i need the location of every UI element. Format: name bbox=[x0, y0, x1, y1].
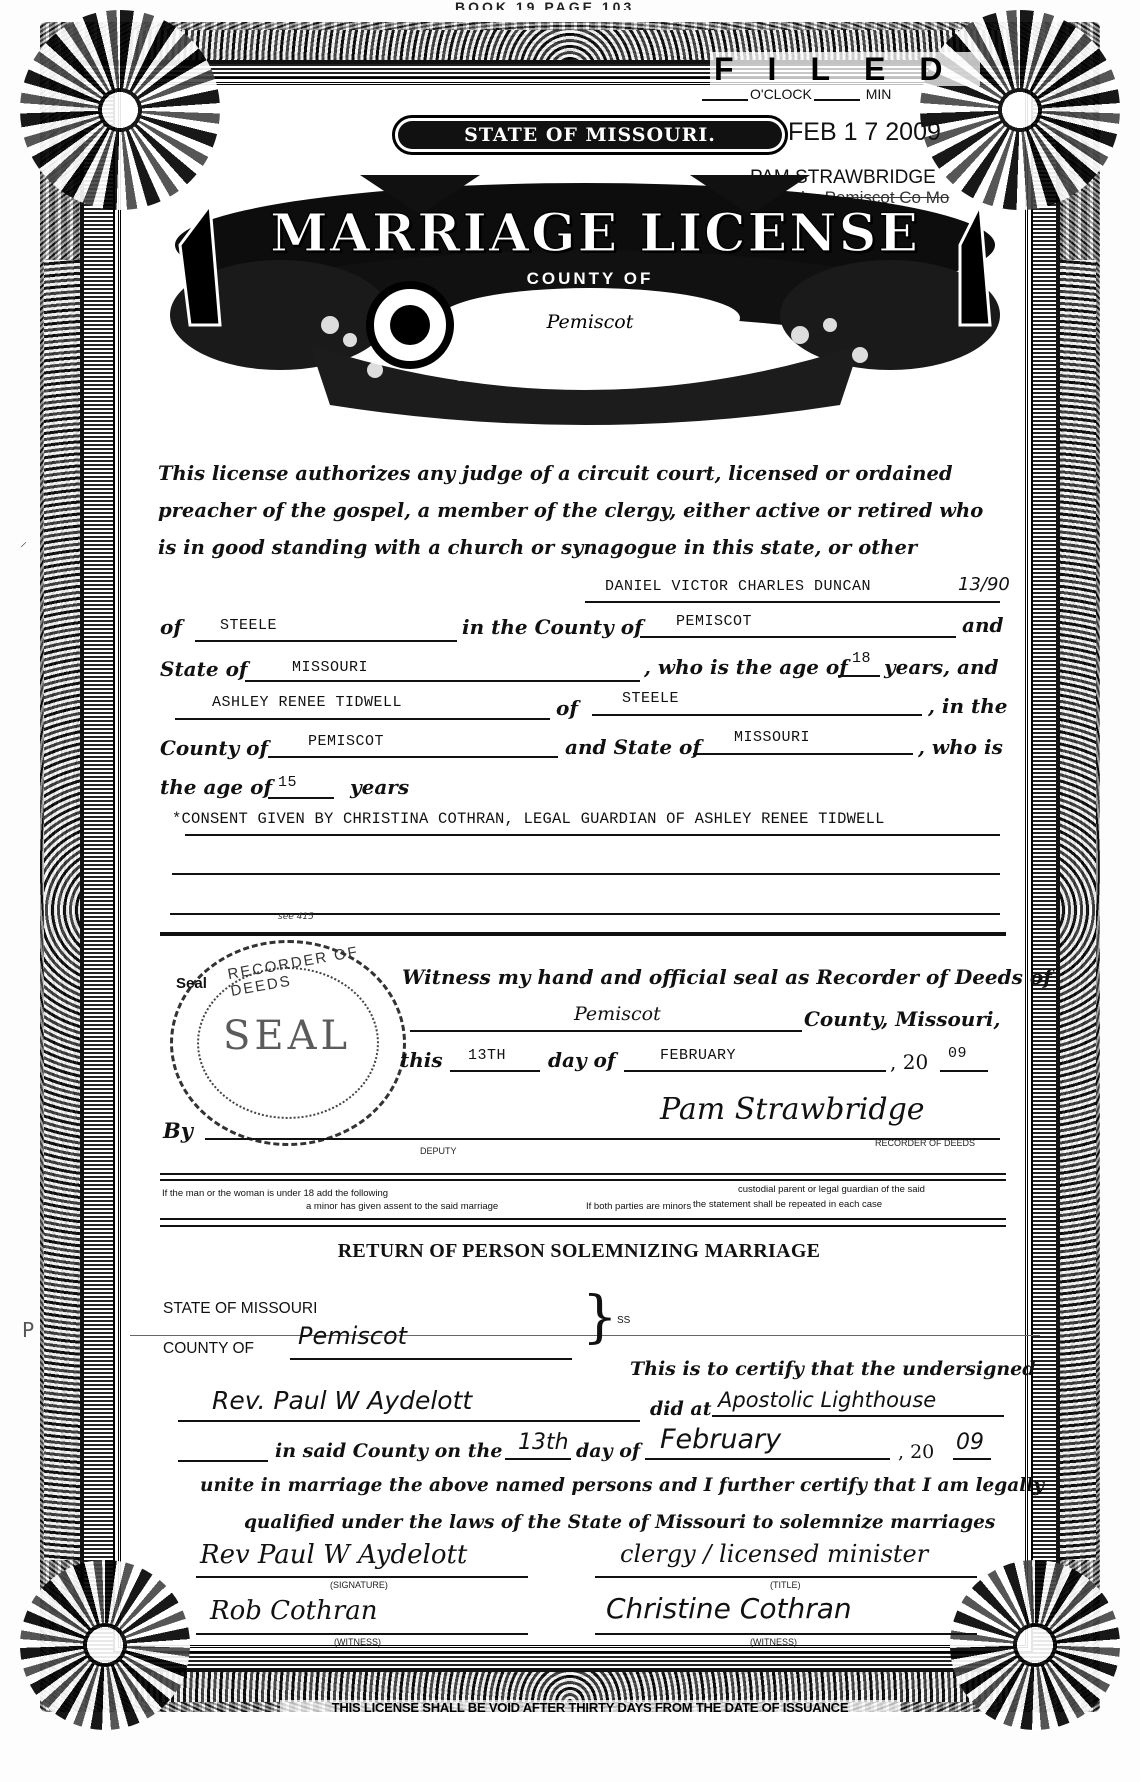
day-of-label: day of bbox=[548, 1048, 615, 1072]
blank-line bbox=[178, 1460, 268, 1462]
party1-name-line bbox=[585, 601, 1000, 603]
ornament-corner-icon bbox=[20, 1560, 190, 1730]
and-label: and bbox=[962, 613, 1003, 637]
did-at-label: did at bbox=[650, 1398, 712, 1420]
recorder-county: Pemiscot bbox=[574, 1003, 661, 1025]
party2-city-line bbox=[592, 714, 922, 716]
deputy-caption: DEPUTY bbox=[420, 1146, 457, 1156]
certify-text: This is to certify that the undersigned bbox=[630, 1358, 1036, 1380]
signature-line bbox=[196, 1576, 528, 1578]
minor-note-left-2: a minor has given assent to the said mar… bbox=[306, 1201, 498, 1212]
recorder-caption: RECORDER OF DEEDS bbox=[875, 1138, 975, 1148]
ceremony-location: Apostolic Lighthouse bbox=[718, 1388, 936, 1412]
minor-note-right-1: custodial parent or legal guardian of th… bbox=[738, 1184, 925, 1195]
seal-label: Seal bbox=[176, 975, 207, 992]
consent-statement: *CONSENT GIVEN BY CHRISTINA COTHRAN, LEG… bbox=[172, 810, 885, 828]
by-label: By bbox=[163, 1118, 193, 1143]
party1-county-line bbox=[640, 636, 956, 638]
party2-name: ASHLEY RENEE TIDWELL bbox=[212, 694, 402, 711]
party1-age-line bbox=[838, 675, 880, 677]
years-and-label: years, and bbox=[884, 655, 999, 679]
officiant-line bbox=[178, 1420, 640, 1422]
authorization-text: This license authorizes any judge of a c… bbox=[158, 455, 998, 567]
of-label: of bbox=[160, 615, 182, 639]
return-year-line bbox=[953, 1458, 991, 1460]
state-banner: STATE OF MISSOURI. bbox=[392, 115, 788, 155]
party2-state: MISSOURI bbox=[734, 729, 810, 746]
recorder-county-line bbox=[410, 1030, 802, 1032]
filed-date-stamp: FEB 1 7 2009 bbox=[788, 118, 941, 147]
recorder-month: FEBRUARY bbox=[660, 1047, 736, 1064]
marriage-license-document: BOOK 19 PAGE 103 FILED O'CLOCK MIN STATE… bbox=[0, 0, 1140, 1782]
officiant-title: clergy / licensed minister bbox=[620, 1540, 928, 1568]
margin-mark: P bbox=[22, 1318, 34, 1342]
filed-stamp: FILED bbox=[710, 52, 980, 86]
return-month: February bbox=[660, 1424, 781, 1455]
and-state-of-label: and State of bbox=[565, 735, 701, 759]
party2-age: 15 bbox=[278, 774, 297, 791]
minor-note-top-rule bbox=[160, 1173, 1006, 1175]
recorder-day: 13TH bbox=[468, 1047, 506, 1064]
return-heading: RETURN OF PERSON SOLEMNIZING MARRIAGE bbox=[158, 1240, 1000, 1263]
party1-county: PEMISCOT bbox=[676, 613, 752, 630]
unite-text: unite in marriage the above named person… bbox=[200, 1475, 1044, 1496]
return-county-label: COUNTY OF bbox=[163, 1340, 254, 1358]
county-missouri-label: County, Missouri, bbox=[804, 1007, 1000, 1031]
consent-line-2 bbox=[172, 873, 1000, 875]
officiant-name: Rev. Paul W Aydelott bbox=[212, 1386, 472, 1415]
party1-city-line bbox=[195, 640, 457, 642]
return-day: 13th bbox=[518, 1430, 569, 1455]
recorder-year: 09 bbox=[948, 1045, 967, 1062]
title-caption: (TITLE) bbox=[770, 1580, 801, 1590]
county-name: Pemiscot bbox=[470, 311, 710, 333]
book-page-stamp: BOOK 19 PAGE 103 bbox=[455, 0, 634, 10]
party2-name-line bbox=[175, 718, 550, 720]
party1-state-line bbox=[245, 680, 640, 682]
in-said-county-label: in said County on the bbox=[275, 1440, 502, 1462]
minor-note-right-2: the statement shall be repeated in each … bbox=[693, 1199, 882, 1210]
witness2-signature: Christine Cothran bbox=[606, 1592, 852, 1625]
minor-note-top-rule-2 bbox=[160, 1179, 1006, 1181]
party2-state-line bbox=[693, 753, 913, 755]
party1-state: MISSOURI bbox=[292, 659, 368, 676]
minor-note-middle: If both parties are minors bbox=[586, 1201, 691, 1212]
recorder-signature: Pam Strawbridge bbox=[660, 1092, 925, 1127]
small-note: see 415 bbox=[278, 912, 314, 922]
return-year: 09 bbox=[956, 1430, 984, 1455]
county-of-label-2: County of bbox=[160, 736, 268, 760]
marriage-license-title-art: MARRIAGE LICENSE COUNTY OF Pemiscot bbox=[160, 175, 1010, 425]
party2-county-line bbox=[268, 756, 558, 758]
margin-note: 13/90 bbox=[958, 574, 1010, 595]
return-county-line bbox=[290, 1358, 572, 1360]
officiant-signature: Rev Paul W Aydelott bbox=[200, 1540, 467, 1570]
party1-name: DANIEL VICTOR CHARLES DUNCAN bbox=[605, 578, 871, 595]
return-state-label: STATE OF MISSOURI bbox=[163, 1300, 317, 1318]
witness2-caption: (WITNESS) bbox=[750, 1637, 797, 1647]
in-county-label: in the County of bbox=[462, 615, 643, 639]
return-month-line bbox=[645, 1458, 890, 1460]
recorder-day-line bbox=[450, 1070, 540, 1072]
return-county: Pemiscot bbox=[298, 1322, 407, 1350]
recorder-seal-icon: RECORDER OF DEEDS SEAL bbox=[170, 940, 406, 1146]
minor-note-left-1: If the man or the woman is under 18 add … bbox=[162, 1188, 388, 1199]
location-line bbox=[712, 1415, 1004, 1417]
minor-note-bottom-rule bbox=[160, 1218, 1006, 1220]
party2-age-line bbox=[268, 797, 334, 799]
consent-line-1 bbox=[185, 834, 1000, 836]
ss-label: SS bbox=[617, 1315, 630, 1326]
margin-mark: ⸍ bbox=[20, 538, 27, 557]
in-the-label: , in the bbox=[928, 694, 1008, 718]
section-divider bbox=[160, 932, 1006, 936]
witness1-caption: (WITNESS) bbox=[334, 1637, 381, 1647]
years-label: years bbox=[350, 775, 409, 799]
witness-statement: Witness my hand and official seal as Rec… bbox=[402, 965, 1052, 989]
the-age-of-label: the age of bbox=[160, 775, 272, 799]
county-of-label: COUNTY OF bbox=[490, 269, 690, 289]
ornament-corner-icon bbox=[950, 1560, 1120, 1730]
this-label: this bbox=[400, 1048, 443, 1072]
witness1-line bbox=[196, 1633, 528, 1635]
qualified-text: qualified under the laws of the State of… bbox=[244, 1512, 995, 1533]
minor-note-bottom-rule-2 bbox=[160, 1225, 1006, 1227]
recorder-year-line bbox=[940, 1070, 988, 1072]
license-title: MARRIAGE LICENSE bbox=[255, 203, 935, 264]
recorder-month-line bbox=[624, 1070, 886, 1072]
filed-time-line: O'CLOCK MIN bbox=[700, 86, 891, 102]
return-day-line bbox=[505, 1458, 571, 1460]
title-line bbox=[595, 1576, 977, 1578]
return-year-prefix: , 20 bbox=[898, 1441, 934, 1463]
return-day-of-label: day of bbox=[576, 1440, 640, 1462]
void-notice: THIS LICENSE SHALL BE VOID AFTER THIRTY … bbox=[280, 1700, 900, 1715]
signature-caption: (SIGNATURE) bbox=[330, 1580, 388, 1590]
age-of-label: , who is the age of bbox=[644, 655, 848, 679]
witness2-line bbox=[595, 1633, 977, 1635]
witness1-signature: Rob Cothran bbox=[210, 1596, 378, 1626]
state-of-label: State of bbox=[160, 657, 248, 681]
brace-icon: } bbox=[582, 1290, 618, 1346]
year-prefix: , 20 bbox=[890, 1050, 928, 1074]
of-label-2: of bbox=[556, 696, 578, 720]
who-is-label: , who is bbox=[918, 735, 1003, 759]
party2-city: STEELE bbox=[622, 690, 679, 707]
party1-age: 18 bbox=[852, 650, 871, 667]
party1-city: STEELE bbox=[220, 617, 277, 634]
party2-county: PEMISCOT bbox=[308, 733, 384, 750]
